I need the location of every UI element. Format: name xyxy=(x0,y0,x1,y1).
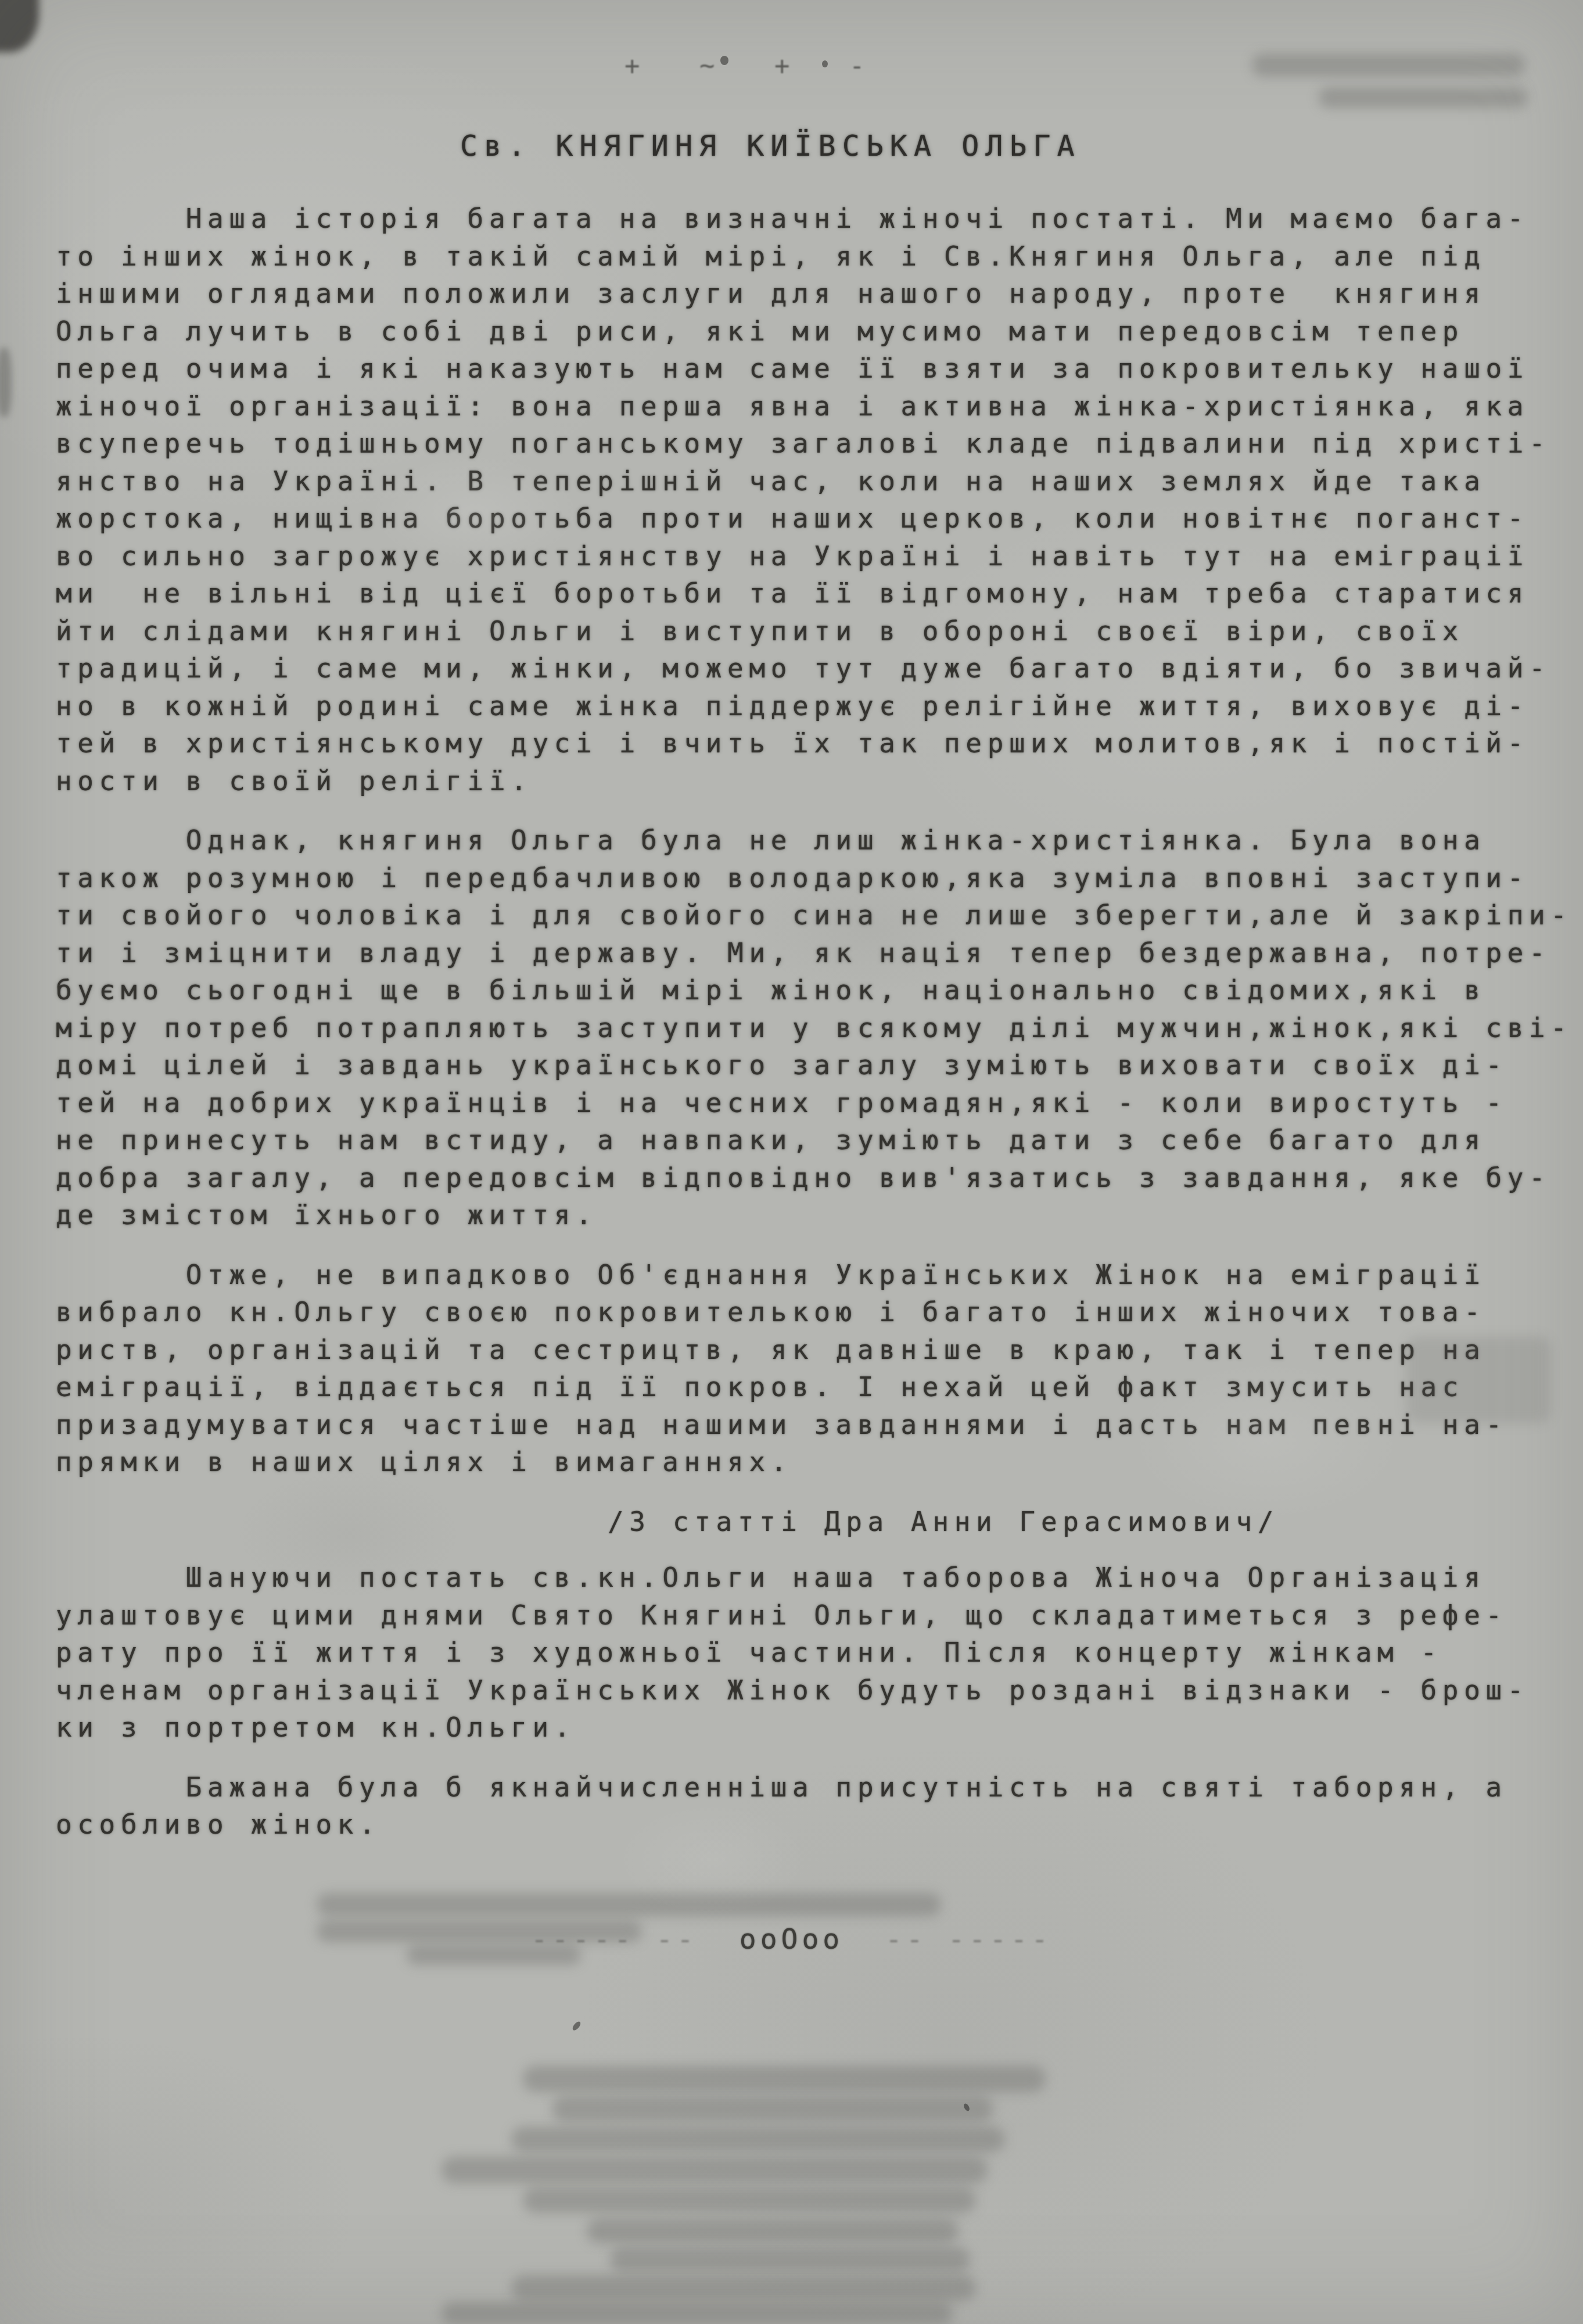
text-line: жіночої організації: вона перша явна і а… xyxy=(56,388,1555,425)
text-line: Ольга лучить в собі дві риси, які ми мус… xyxy=(56,313,1555,350)
attribution-line: /З статті Дра Анни Герасимович/ xyxy=(608,1503,1555,1541)
pencil-marks: + ~ + - xyxy=(624,51,996,81)
text-line: перед очима і які наказують нам саме її … xyxy=(56,350,1555,388)
document-body: Наша історія багата на визначні жіночі п… xyxy=(56,200,1555,1866)
text-line: йти слідами княгині Ольги і виступити в … xyxy=(56,612,1555,650)
text-line: домі цілей і завдань українського загалу… xyxy=(56,1046,1555,1084)
scanned-document-page: + ~ + - Св. КНЯГИНЯ КИЇВСЬКА ОЛЬГА Наша … xyxy=(0,0,1583,2324)
text-line: не принесуть нам встиду, а навпаки, зумі… xyxy=(56,1121,1555,1159)
text-line: ности в своїй релігії. xyxy=(56,762,1555,800)
text-line: улаштовує цими днями Свято Княгині Ольги… xyxy=(56,1597,1555,1634)
text-line: традицій, і саме ми, жінки, можемо тут д… xyxy=(56,650,1555,687)
text-line: Шануючи постать св.кн.Ольги наша таборов… xyxy=(56,1559,1555,1597)
ink-speck xyxy=(822,60,828,67)
text-line: тей на добрих українців і на чесних гром… xyxy=(56,1084,1555,1122)
text-line: вибрало кн.Ольгу своєю покровителькою і … xyxy=(56,1293,1555,1331)
text-line: риств, організацій та сестрицтв, як давн… xyxy=(56,1331,1555,1369)
text-line: Наша історія багата на визначні жіночі п… xyxy=(56,200,1555,238)
text-line: прямки в наших цілях і вимаганнях. xyxy=(56,1443,1555,1481)
text-line: тей в христіянському дусі і вчить їх так… xyxy=(56,725,1555,762)
section-divider: ----- -- ооОоо -- ----- xyxy=(0,1923,1583,1956)
text-line: Однак, княгиня Ольга була не лиш жінка-х… xyxy=(56,822,1555,859)
text-line: ки з портретом кн.Ольги. xyxy=(56,1709,1555,1746)
text-line: еміграції, віддається під її покров. І н… xyxy=(56,1368,1555,1406)
paragraph-4: Шануючи постать св.кн.Ольги наша таборов… xyxy=(56,1559,1555,1746)
ink-speck xyxy=(571,2020,581,2032)
divider-ornament: ооОоо xyxy=(740,1923,844,1956)
text-line: де змістом їхнього життя. xyxy=(56,1196,1555,1234)
text-line: членам організації Українських Жінок буд… xyxy=(56,1672,1555,1709)
text-line: всуперечь тодішньому поганському загалов… xyxy=(56,425,1555,462)
text-line: Отже, не випадково Об'єднання Українськи… xyxy=(56,1256,1555,1294)
text-line: ми не вільні від цієї боротьби та її від… xyxy=(56,575,1555,612)
paragraph-2: Однак, княгиня Ольга була не лиш жінка-х… xyxy=(56,822,1555,1234)
paragraph-5: Бажана була б якнайчисленніша присутніст… xyxy=(56,1769,1555,1844)
ink-speck xyxy=(720,56,728,65)
document-title: Св. КНЯГИНЯ КИЇВСЬКА ОЛЬГА xyxy=(460,129,1081,163)
text-line: особливо жінок. xyxy=(56,1806,1555,1844)
text-line: жорстока, нищівна боротьба проти наших ц… xyxy=(56,500,1555,537)
scan-corner-stain xyxy=(0,0,39,52)
text-line: іншими оглядами положили заслуги для наш… xyxy=(56,275,1555,313)
text-line: Бажана була б якнайчисленніша присутніст… xyxy=(56,1769,1555,1806)
text-line: ти свойого чоловіка і для свойого сина н… xyxy=(56,896,1555,934)
text-line: янство на Україні. В теперішній час, кол… xyxy=(56,462,1555,500)
text-line: міру потреб потрапляють заступити у всяк… xyxy=(56,1009,1555,1047)
scan-edge-smudge xyxy=(0,347,12,417)
paragraph-1: Наша історія багата на визначні жіночі п… xyxy=(56,200,1555,799)
text-line: ти і зміцнити владу і державу. Ми, як на… xyxy=(56,934,1555,972)
text-line: рату про її життя і з художньої частини.… xyxy=(56,1634,1555,1672)
text-line: призадумуватися частіше над нашими завда… xyxy=(56,1406,1555,1444)
text-line: добра загалу, а передовсім відповідно ви… xyxy=(56,1159,1555,1197)
text-line: також розумною і передбачливою володарко… xyxy=(56,859,1555,897)
text-line: но в кожній родині саме жінка піддержує … xyxy=(56,687,1555,725)
text-line: буємо сьогодні ще в більшій мірі жінок, … xyxy=(56,971,1555,1009)
paragraph-3: Отже, не випадково Об'єднання Українськи… xyxy=(56,1256,1555,1481)
text-line: во сильно загрожує христіянству на Украї… xyxy=(56,537,1555,575)
text-line: то інших жінок, в такій самій мірі, як і… xyxy=(56,238,1555,275)
divider-dashes-right: -- ----- xyxy=(843,1923,1052,1956)
